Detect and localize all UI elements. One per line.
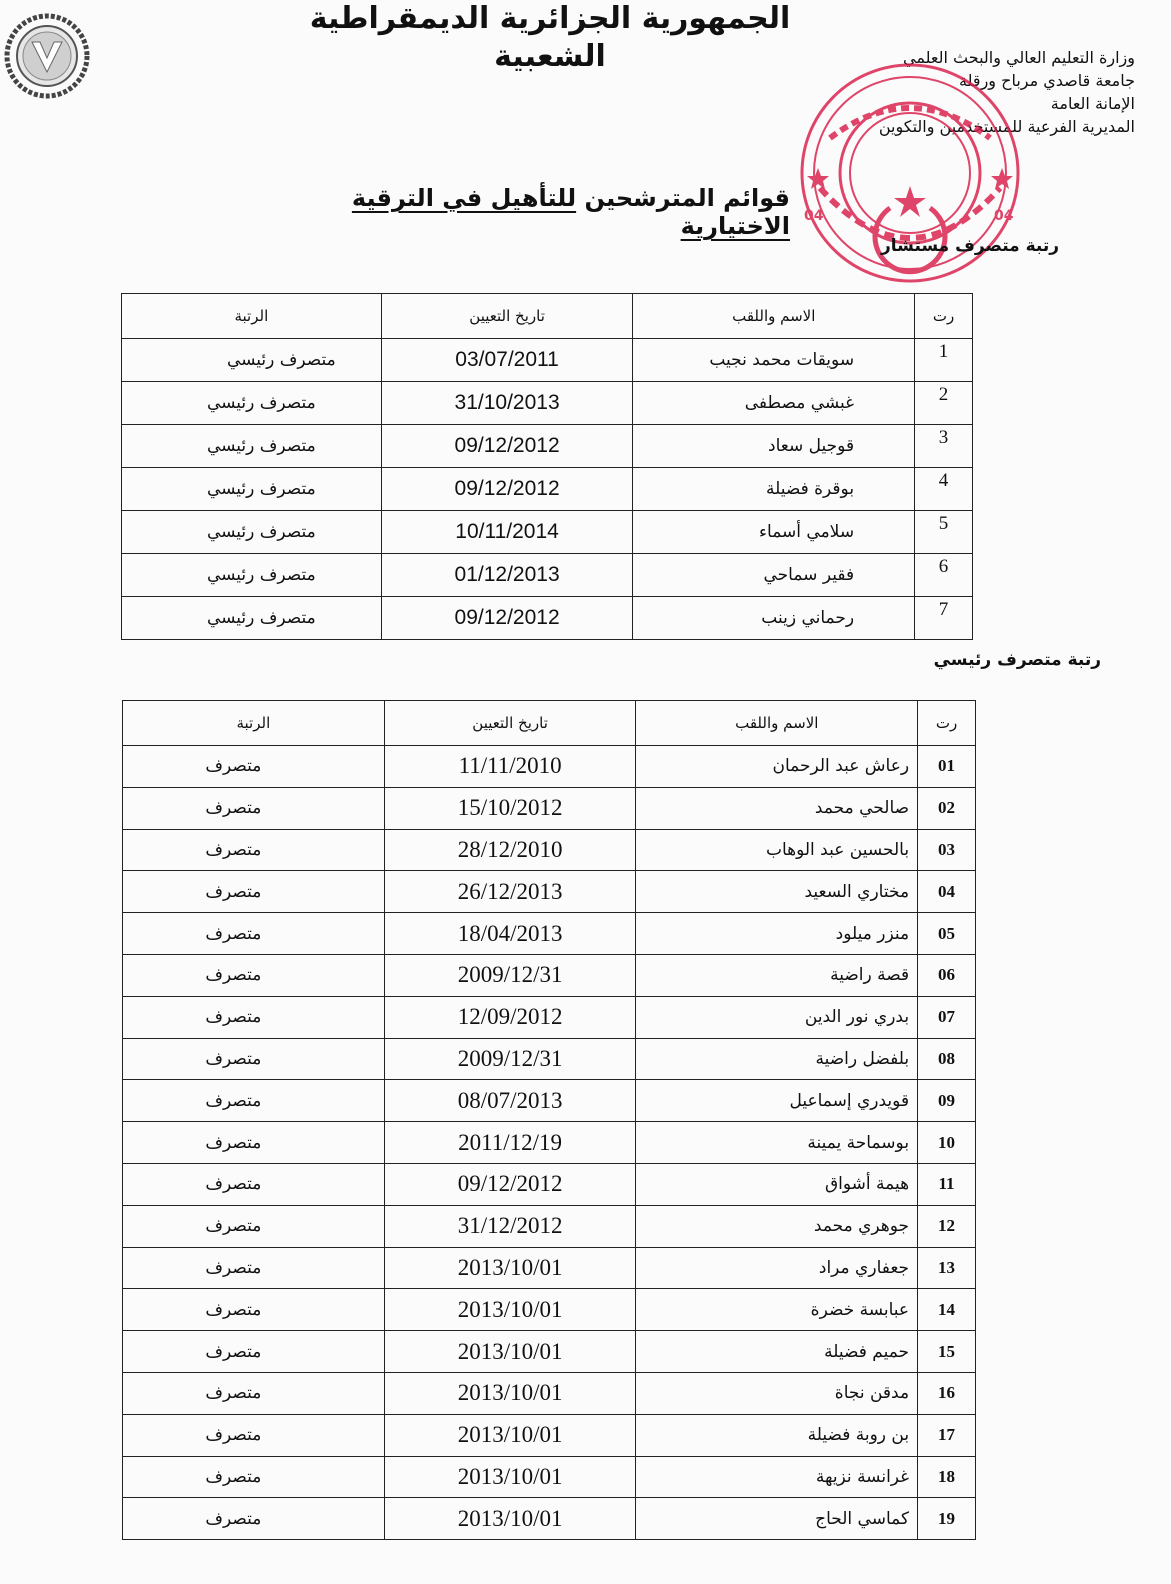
row-date: 18/04/2013 bbox=[384, 913, 636, 955]
row-name: قصة راضية bbox=[636, 954, 918, 996]
row-date: 2009/12/31 bbox=[384, 1038, 636, 1080]
row-name: بن روبة فضيلة bbox=[636, 1414, 918, 1456]
col-header-rank: الرتبة bbox=[123, 701, 385, 746]
row-name: مختاري السعيد bbox=[636, 871, 918, 913]
row-number: 18 bbox=[918, 1456, 976, 1498]
row-rank: متصرف bbox=[123, 746, 385, 788]
row-date: 15/10/2012 bbox=[384, 787, 636, 829]
row-rank: متصرف bbox=[123, 913, 385, 955]
col-header-name: الاسم واللقب bbox=[633, 294, 915, 339]
table-row: 7 رحماني زينب 09/12/2012 متصرف رئيسي bbox=[122, 597, 973, 640]
col-header-date: تاريخ التعيين bbox=[381, 294, 633, 339]
col-header-number: رت bbox=[915, 294, 973, 339]
row-number: 08 bbox=[918, 1038, 976, 1080]
principal-candidates-table: رت الاسم واللقب تاريخ التعيين الرتبة 01 … bbox=[122, 700, 976, 1540]
row-date: 12/09/2012 bbox=[384, 996, 636, 1038]
row-name: سويقات محمد نجيب bbox=[633, 339, 915, 382]
row-rank: متصرف bbox=[123, 1247, 385, 1289]
row-number: 05 bbox=[918, 913, 976, 955]
row-number: 10 bbox=[918, 1122, 976, 1164]
title-part-1: قوائم المترشحين bbox=[576, 184, 790, 212]
row-name: صالحي محمد bbox=[636, 787, 918, 829]
row-name: بوقرة فضيلة bbox=[633, 468, 915, 511]
col-header-date: تاريخ التعيين bbox=[384, 701, 636, 746]
table-row: 01 رعاش عبد الرحمان 11/11/2010 متصرف bbox=[123, 746, 976, 788]
table-row: 18 غرانسة نزيهة 2013/10/01 متصرف bbox=[123, 1456, 976, 1498]
row-date: 26/12/2013 bbox=[384, 871, 636, 913]
section-label-counselor: رتبة متصرف مستشار bbox=[881, 236, 1059, 256]
table-row: 04 مختاري السعيد 26/12/2013 متصرف bbox=[123, 871, 976, 913]
row-number: 1 bbox=[915, 339, 973, 382]
row-name: عبابسة خضرة bbox=[636, 1289, 918, 1331]
col-header-name: الاسم واللقب bbox=[636, 701, 918, 746]
row-date: 11/11/2010 bbox=[384, 746, 636, 788]
table-header-row: رت الاسم واللقب تاريخ التعيين الرتبة bbox=[123, 701, 976, 746]
row-number: 3 bbox=[915, 425, 973, 468]
table-row: 08 بلفضل راضية 2009/12/31 متصرف bbox=[123, 1038, 976, 1080]
table-row: 17 بن روبة فضيلة 2013/10/01 متصرف bbox=[123, 1414, 976, 1456]
table-row: 3 قوجيل سعاد 09/12/2012 متصرف رئيسي bbox=[122, 425, 973, 468]
row-name: بدري نور الدين bbox=[636, 996, 918, 1038]
row-name: حميم فضيلة bbox=[636, 1331, 918, 1373]
table-row: 09 قويدري إسماعيل 08/07/2013 متصرف bbox=[123, 1080, 976, 1122]
row-date: 2013/10/01 bbox=[384, 1289, 636, 1331]
row-date: 2009/12/31 bbox=[384, 954, 636, 996]
row-name: غبشي مصطفى bbox=[633, 382, 915, 425]
counselor-candidates-table: رت الاسم واللقب تاريخ التعيين الرتبة 1 س… bbox=[121, 293, 973, 640]
row-number: 6 bbox=[915, 554, 973, 597]
row-date: 09/12/2012 bbox=[384, 1163, 636, 1205]
row-number: 14 bbox=[918, 1289, 976, 1331]
row-name: فقير سماحي bbox=[633, 554, 915, 597]
row-number: 12 bbox=[918, 1205, 976, 1247]
svg-text:04: 04 bbox=[804, 208, 824, 224]
row-rank: متصرف bbox=[123, 1372, 385, 1414]
row-date: 2013/10/01 bbox=[384, 1456, 636, 1498]
row-number: 11 bbox=[918, 1163, 976, 1205]
row-name: مدقن نجاة bbox=[636, 1372, 918, 1414]
row-name: قوجيل سعاد bbox=[633, 425, 915, 468]
row-rank: متصرف رئيسي bbox=[122, 468, 382, 511]
row-rank: متصرف bbox=[123, 787, 385, 829]
table-row: 07 بدري نور الدين 12/09/2012 متصرف bbox=[123, 996, 976, 1038]
row-date: 2013/10/01 bbox=[384, 1414, 636, 1456]
table-header-row: رت الاسم واللقب تاريخ التعيين الرتبة bbox=[122, 294, 973, 339]
col-header-rank: الرتبة bbox=[122, 294, 382, 339]
row-date: 09/12/2012 bbox=[381, 597, 633, 640]
table-row: 16 مدقن نجاة 2013/10/01 متصرف bbox=[123, 1372, 976, 1414]
row-rank: متصرف bbox=[123, 1163, 385, 1205]
row-date: 09/12/2012 bbox=[381, 468, 633, 511]
row-rank: متصرف bbox=[123, 871, 385, 913]
row-date: 2013/10/01 bbox=[384, 1331, 636, 1373]
row-rank: متصرف bbox=[123, 1080, 385, 1122]
table-row: 05 منزر ميلود 18/04/2013 متصرف bbox=[123, 913, 976, 955]
document-title: قوائم المترشحين للتأهيل في الترقية الاخت… bbox=[250, 184, 790, 240]
row-date: 08/07/2013 bbox=[384, 1080, 636, 1122]
col-header-number: رت bbox=[918, 701, 976, 746]
table-row: 14 عبابسة خضرة 2013/10/01 متصرف bbox=[123, 1289, 976, 1331]
row-number: 7 bbox=[915, 597, 973, 640]
row-rank: متصرف bbox=[123, 1289, 385, 1331]
table-row: 2 غبشي مصطفى 31/10/2013 متصرف رئيسي bbox=[122, 382, 973, 425]
row-number: 13 bbox=[918, 1247, 976, 1289]
row-name: بلفضل راضية bbox=[636, 1038, 918, 1080]
row-number: 07 bbox=[918, 996, 976, 1038]
university-seal-icon bbox=[4, 6, 90, 102]
row-number: 06 bbox=[918, 954, 976, 996]
row-rank: متصرف bbox=[123, 829, 385, 871]
row-number: 19 bbox=[918, 1498, 976, 1540]
row-name: كماسي الحاج bbox=[636, 1498, 918, 1540]
row-rank: متصرف bbox=[123, 1456, 385, 1498]
row-rank: متصرف رئيسي bbox=[122, 511, 382, 554]
row-date: 31/12/2012 bbox=[384, 1205, 636, 1247]
row-date: 2011/12/19 bbox=[384, 1122, 636, 1164]
row-name: رعاش عبد الرحمان bbox=[636, 746, 918, 788]
row-name: رحماني زينب bbox=[633, 597, 915, 640]
row-name: بالحسين عبد الوهاب bbox=[636, 829, 918, 871]
row-rank: متصرف رئيسي bbox=[122, 554, 382, 597]
svg-text:04: 04 bbox=[994, 208, 1014, 224]
row-name: جوهري محمد bbox=[636, 1205, 918, 1247]
row-rank: متصرف bbox=[123, 1498, 385, 1540]
table-row: 5 سلامي أسماء 10/11/2014 متصرف رئيسي bbox=[122, 511, 973, 554]
row-number: 4 bbox=[915, 468, 973, 511]
row-rank: متصرف bbox=[123, 996, 385, 1038]
table-row: 02 صالحي محمد 15/10/2012 متصرف bbox=[123, 787, 976, 829]
row-name: منزر ميلود bbox=[636, 913, 918, 955]
row-date: 2013/10/01 bbox=[384, 1498, 636, 1540]
row-date: 28/12/2010 bbox=[384, 829, 636, 871]
row-number: 01 bbox=[918, 746, 976, 788]
row-date: 01/12/2013 bbox=[381, 554, 633, 597]
row-number: 02 bbox=[918, 787, 976, 829]
row-date: 2013/10/01 bbox=[384, 1247, 636, 1289]
table-row: 12 جوهري محمد 31/12/2012 متصرف bbox=[123, 1205, 976, 1247]
row-number: 2 bbox=[915, 382, 973, 425]
row-name: بوسماحة يمينة bbox=[636, 1122, 918, 1164]
row-rank: متصرف bbox=[123, 1414, 385, 1456]
row-number: 16 bbox=[918, 1372, 976, 1414]
table-row: 03 بالحسين عبد الوهاب 28/12/2010 متصرف bbox=[123, 829, 976, 871]
row-name: جعفاري مراد bbox=[636, 1247, 918, 1289]
row-date: 03/07/2011 bbox=[381, 339, 633, 382]
table-row: 10 بوسماحة يمينة 2011/12/19 متصرف bbox=[123, 1122, 976, 1164]
row-rank: متصرف bbox=[123, 954, 385, 996]
table-row: 11 هيمة أشواق 09/12/2012 متصرف bbox=[123, 1163, 976, 1205]
row-rank: متصرف رئيسي bbox=[122, 425, 382, 468]
table-row: 4 بوقرة فضيلة 09/12/2012 متصرف رئيسي bbox=[122, 468, 973, 511]
table-row: 6 فقير سماحي 01/12/2013 متصرف رئيسي bbox=[122, 554, 973, 597]
row-rank: متصرف bbox=[123, 1122, 385, 1164]
row-date: 2013/10/01 bbox=[384, 1372, 636, 1414]
table-row: 19 كماسي الحاج 2013/10/01 متصرف bbox=[123, 1498, 976, 1540]
table-row: 06 قصة راضية 2009/12/31 متصرف bbox=[123, 954, 976, 996]
row-number: 09 bbox=[918, 1080, 976, 1122]
table-row: 13 جعفاري مراد 2013/10/01 متصرف bbox=[123, 1247, 976, 1289]
row-rank: متصرف bbox=[123, 1205, 385, 1247]
row-date: 10/11/2014 bbox=[381, 511, 633, 554]
row-number: 17 bbox=[918, 1414, 976, 1456]
row-rank: متصرف bbox=[123, 1038, 385, 1080]
row-name: غرانسة نزيهة bbox=[636, 1456, 918, 1498]
table-row: 1 سويقات محمد نجيب 03/07/2011 متصرف رئيس… bbox=[122, 339, 973, 382]
row-rank: متصرف رئيسي bbox=[122, 382, 382, 425]
row-rank: متصرف bbox=[123, 1331, 385, 1373]
row-name: هيمة أشواق bbox=[636, 1163, 918, 1205]
row-date: 31/10/2013 bbox=[381, 382, 633, 425]
row-date: 09/12/2012 bbox=[381, 425, 633, 468]
section-label-principal: رتبة متصرف رئيسي bbox=[934, 650, 1101, 670]
row-number: 04 bbox=[918, 871, 976, 913]
row-number: 15 bbox=[918, 1331, 976, 1373]
republic-heading: الجمهورية الجزائرية الديمقراطية الشعبية bbox=[270, 0, 830, 76]
row-number: 03 bbox=[918, 829, 976, 871]
row-name: قويدري إسماعيل bbox=[636, 1080, 918, 1122]
row-rank: متصرف رئيسي bbox=[122, 339, 382, 382]
row-rank: متصرف رئيسي bbox=[122, 597, 382, 640]
row-number: 5 bbox=[915, 511, 973, 554]
row-name: سلامي أسماء bbox=[633, 511, 915, 554]
table-row: 15 حميم فضيلة 2013/10/01 متصرف bbox=[123, 1331, 976, 1373]
